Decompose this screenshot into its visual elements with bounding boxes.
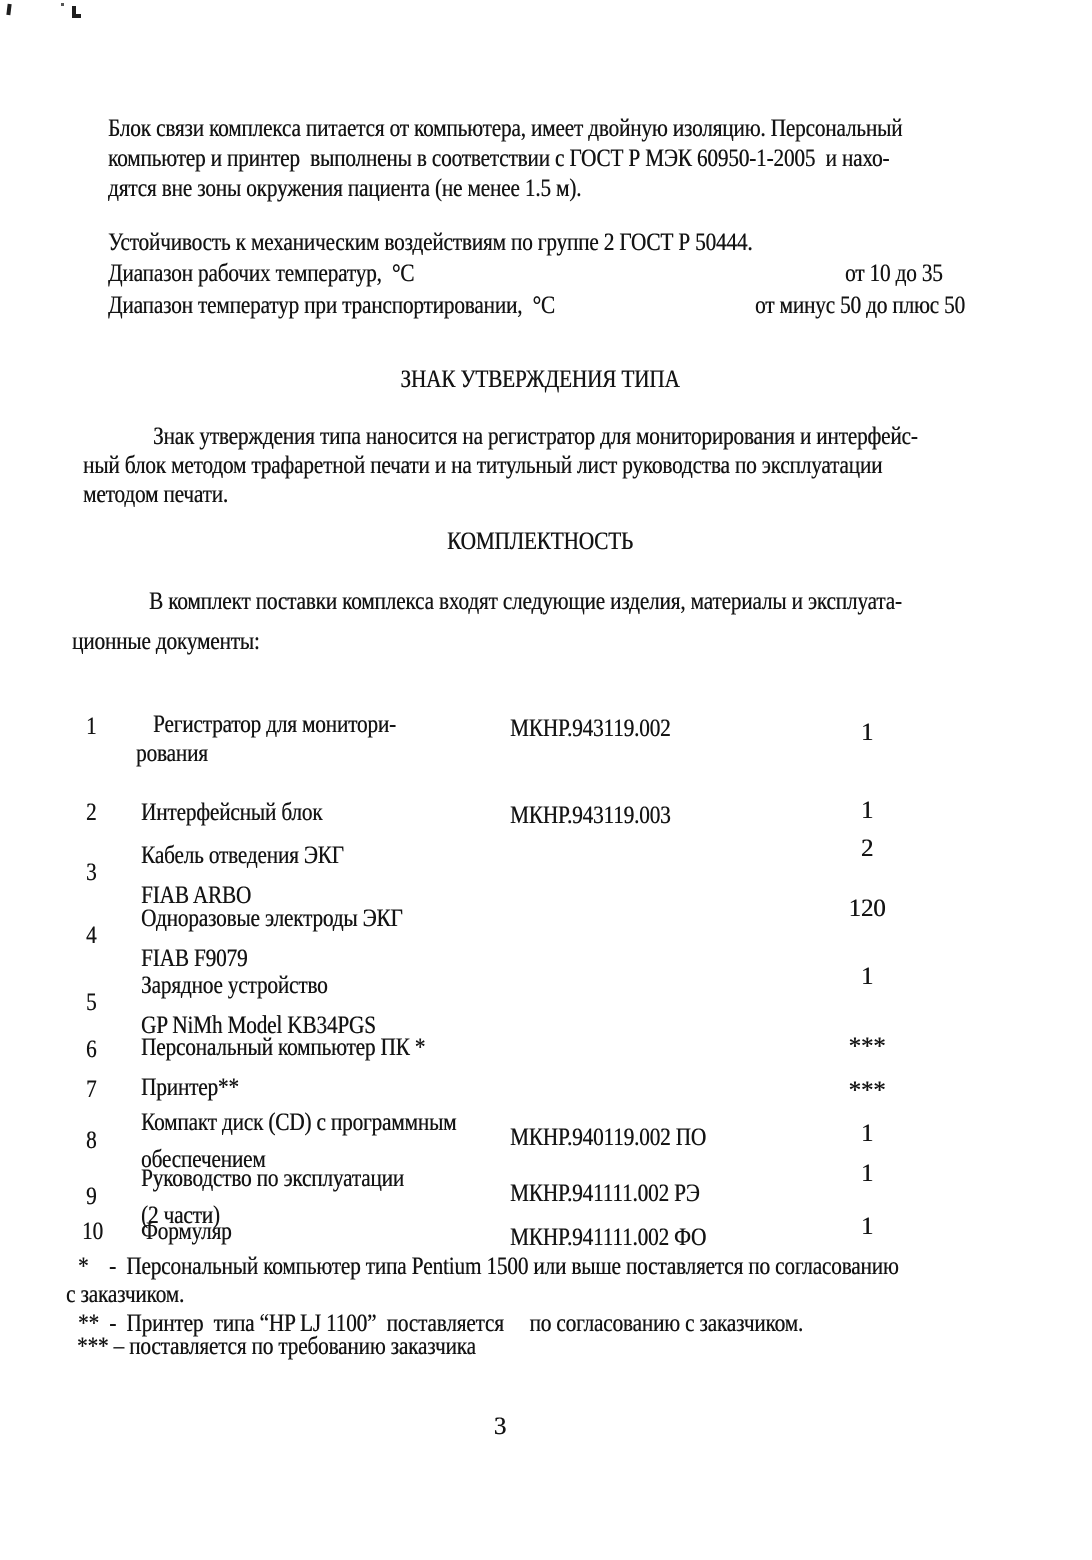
item-3-number: 3 <box>86 858 96 888</box>
item-8-number: 8 <box>86 1126 96 1156</box>
item-3-name-line-1: Кабель отведения ЭКГ <box>141 841 344 871</box>
item-4-name-line-1: Одноразовые электроды ЭКГ <box>141 904 403 934</box>
operating-temp-value: от 10 до 35 <box>845 259 943 289</box>
item-1-name-line-1: Регистратор для монитори- <box>153 710 396 740</box>
footnote-3: *** – поставляется по требованию заказчи… <box>77 1332 476 1362</box>
item-6-name-line-1: Персональный компьютер ПК * <box>141 1033 425 1063</box>
mech-resistance-line: Устойчивость к механическим воздействиям… <box>108 228 752 258</box>
footnote-1-line-1: * - Персональный компьютер типа Pentium … <box>78 1252 899 1282</box>
type-approval-line-1: Знак утверждения типа наносится на регис… <box>153 422 918 452</box>
item-2-quantity: 1 <box>822 796 912 826</box>
item-6-number: 6 <box>86 1035 96 1065</box>
power-paragraph-line-1: Блок связи комплекса питается от компьют… <box>108 114 902 144</box>
item-4-number: 4 <box>86 921 96 951</box>
operating-temp-label: Диапазон рабочих температур, °С <box>108 259 414 289</box>
footnote-1-line-2: с заказчиком. <box>66 1280 184 1310</box>
document-page: Блок связи комплекса питается от компьют… <box>0 0 1092 1560</box>
item-1-quantity: 1 <box>822 718 912 748</box>
item-9-code: МКНР.941111.002 РЭ <box>510 1179 700 1209</box>
power-paragraph-line-3: дятся вне зоны окружения пациента (не ме… <box>108 174 581 204</box>
scan-artifact-2 <box>61 3 64 6</box>
item-7-name-line-1: Принтер** <box>141 1073 239 1103</box>
item-8-quantity: 1 <box>822 1119 912 1149</box>
completeness-intro-line-2: ционные документы: <box>72 627 260 657</box>
item-9-quantity: 1 <box>822 1159 912 1189</box>
scan-artifact-1 <box>6 4 11 15</box>
item-6-quantity: *** <box>822 1032 912 1062</box>
type-approval-line-3: методом печати. <box>83 480 228 510</box>
item-2-number: 2 <box>86 798 96 828</box>
item-4-quantity: 120 <box>822 894 912 924</box>
scan-artifact-4 <box>72 14 81 18</box>
completeness-intro-line-1: В комплект поставки комплекса входят сле… <box>149 587 902 617</box>
power-paragraph-line-2: компьютер и принтер выполнены в соответс… <box>108 144 889 174</box>
item-9-number: 9 <box>86 1182 96 1212</box>
item-7-quantity: *** <box>822 1076 912 1106</box>
item-2-code: МКНР.943119.003 <box>510 801 670 831</box>
item-10-code: МКНР.941111.002 ФО <box>510 1223 706 1253</box>
item-1-code: МКНР.943119.002 <box>510 714 670 744</box>
item-10-quantity: 1 <box>822 1212 912 1242</box>
item-10-number: 10 <box>82 1217 103 1247</box>
completeness-heading: КОМПЛЕКТНОСТЬ <box>81 527 999 557</box>
type-approval-heading: ЗНАК УТВЕРЖДЕНИЯ ТИПА <box>81 365 999 395</box>
item-1-number: 1 <box>86 712 96 742</box>
item-5-quantity: 1 <box>822 962 912 992</box>
item-5-name-line-1: Зарядное устройство <box>141 971 328 1001</box>
item-4-name-line-2: FIAB F9079 <box>141 944 247 974</box>
item-8-name-line-1: Компакт диск (CD) с программным <box>141 1108 456 1138</box>
item-8-code: МКНР.940119.002 ПО <box>510 1123 706 1153</box>
item-7-number: 7 <box>86 1075 96 1105</box>
item-1-name-line-2: рования <box>136 739 208 769</box>
item-2-name-line-1: Интерфейсный блок <box>141 798 322 828</box>
transport-temp-value: от минус 50 до плюс 50 <box>755 291 965 321</box>
item-10-name-line-1: Формуляр <box>141 1217 232 1247</box>
item-3-quantity: 2 <box>822 834 912 864</box>
item-5-number: 5 <box>86 988 96 1018</box>
item-9-name-line-1: Руководство по эксплуатации <box>141 1164 404 1194</box>
type-approval-line-2: ный блок методом трафаретной печати и на… <box>83 451 882 481</box>
transport-temp-label: Диапазон температур при транспортировани… <box>108 291 555 321</box>
page-number: 3 <box>0 1412 1000 1442</box>
